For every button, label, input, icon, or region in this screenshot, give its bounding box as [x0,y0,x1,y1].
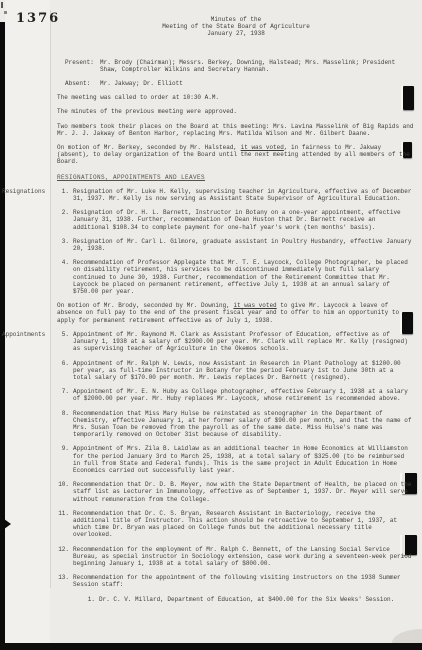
minute-item-6: 6. Appointment of Mr. Ralph W. Lewis, no… [57,360,415,382]
present-names: Mr. Brody (Chairman); Messrs. Berkey, Do… [100,59,415,73]
minute-item-4: 4. Recommendation of Professor Applegate… [57,259,415,295]
delay-organization-motion: On motion of Mr. Berkey, seconded by Mr.… [57,144,415,166]
minute-item-8: 8. Recommendation that Miss Mary Hulse b… [57,410,415,439]
minute-item-2: 2. Resignation of Dr. H. L. Barnett, Ins… [57,209,415,231]
absent-row: Absent: Mr. Jakway; Dr. Elliott [65,80,415,87]
scan-speck [4,11,7,14]
page-number-stamp: 1376 [16,11,60,26]
scan-blot [0,516,11,532]
absent-names: Mr. Jakway; Dr. Elliott [100,80,415,87]
minute-item-10: 10. Recommendation that Dr. D. B. Meyer,… [57,481,415,503]
minute-item-13: 13. Recommendation for the appointment o… [57,574,415,588]
page-left-margin [5,0,50,650]
minutes-approved: The minutes of the previous meeting were… [57,108,415,115]
call-to-order: The meeting was called to order at 10:30… [57,94,415,101]
minute-item-7: 7. Appointment of Mr. E. N. Huby as Coll… [57,388,415,402]
minute-item-5: Appointments 5. Appointment of Mr. Raymo… [57,331,415,353]
page-fold-line [50,10,51,588]
underlined-phrase: it was voted [241,144,284,151]
scan-speck [1,2,3,8]
new-members-paragraph: Two members took their places on the Boa… [57,123,415,137]
title-line-1: Minutes of the [57,16,415,23]
underlined-phrase: it was voted [233,302,276,309]
title-line-2: Meeting of the State Board of Agricultur… [57,23,415,30]
document-body: Minutes of the Meeting of the State Boar… [57,16,415,603]
scan-edge-bar-bottom [0,643,422,650]
minute-item-9: 9. Appointment of Mrs. Zila B. Laidlaw a… [57,445,415,474]
present-label: Present: [65,59,100,73]
page-corner-shadow [392,629,422,643]
present-row: Present: Mr. Brody (Chairman); Messrs. B… [65,59,415,73]
margin-label-appointments: Appointments [2,331,54,338]
section-heading: RESIGNATIONS, APPOINTMENTS AND LEAVES [57,174,415,181]
absent-label: Absent: [65,80,100,87]
title-date: January 27, 1938 [57,30,415,37]
scanned-minutes-page: 1376 Minutes of the Meeting of the State… [0,0,422,650]
laycock-leave-motion: On motion of Mr. Brody, seconded by Mr. … [57,302,415,324]
minute-item-12: 12. Recommendation for the employment of… [57,546,415,568]
margin-label-resignations: Resignations [2,188,54,195]
summer-session-sub-item-1: 1. Dr. C. V. Millard, Department of Educ… [83,596,415,603]
minute-item-1: Resignations 1. Resignation of Mr. Luke … [57,188,415,202]
minute-item-3: 3. Resignation of Mr. Carl L. Gilmore, g… [57,238,415,252]
minute-item-11: 11. Recommendation that Dr. C. S. Bryan,… [57,510,415,539]
